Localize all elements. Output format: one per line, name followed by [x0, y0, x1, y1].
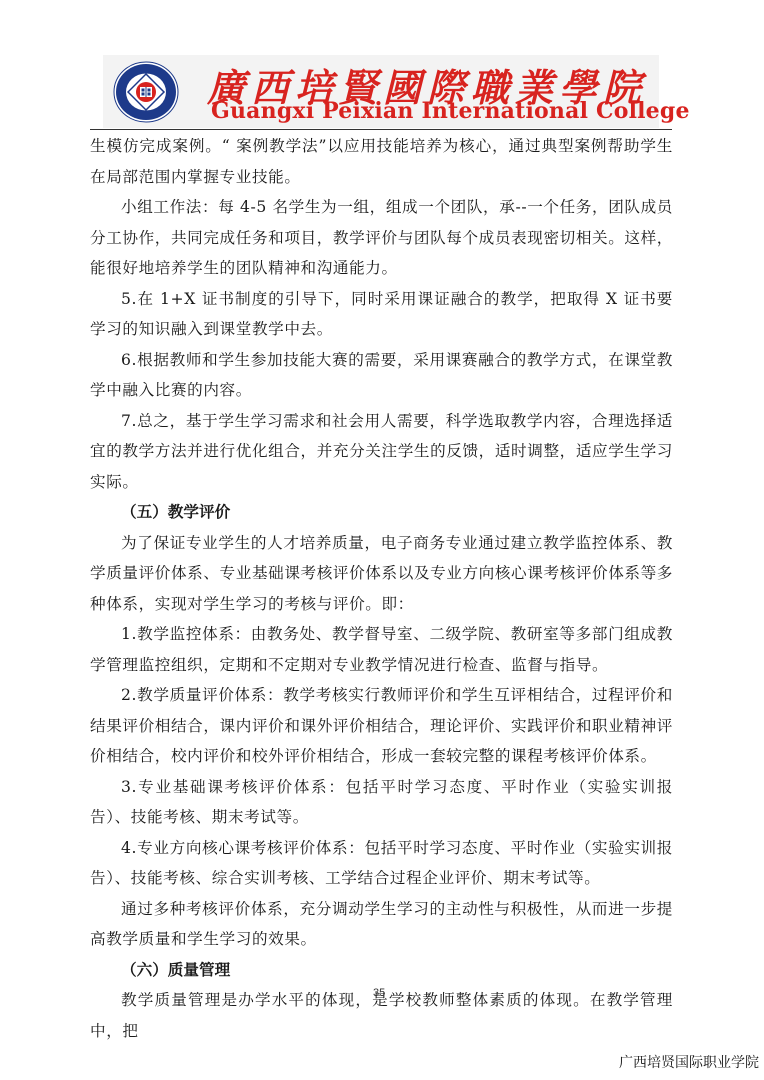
header-divider	[90, 129, 672, 130]
paragraph: 通过多种考核评价体系，充分调动学生学习的主动性与积极性，从而进一步提高教学质量和…	[90, 894, 673, 955]
paragraph: 4.专业方向核心课考核评价体系：包括平时学习态度、平时作业（实验实训报告）、技能…	[90, 833, 673, 894]
paragraph: 5.在 1+X 证书制度的引导下，同时采用课证融合的教学，把取得 X 证书要学习…	[90, 284, 673, 345]
paragraph: 为了保证专业学生的人才培养质量，电子商务专业通过建立教学监控体系、教学质量评价体…	[90, 528, 673, 620]
paragraph: 小组工作法：每 4-5 名学生为一组，组成一个团队，承--一个任务，团队成员分工…	[90, 192, 673, 284]
college-logo-icon	[113, 61, 179, 123]
document-body: 生模仿完成案例。“ 案例教学法”以应用技能培养为核心，通过典型案例帮助学生在局部…	[90, 131, 673, 1046]
college-name-en: Guangxi Peixian International College	[211, 98, 690, 124]
paragraph: 7.总之，基于学生学习需求和社会用人需要，科学选取教学内容，合理选择适宜的教学方…	[90, 406, 673, 498]
header-banner: 廣西培賢國際職業學院 Guangxi Peixian International…	[103, 55, 659, 128]
paragraph: 6.根据教师和学生参加技能大赛的需要，采用课赛融合的教学方式，在课堂教学中融入比…	[90, 345, 673, 406]
footer-institution: 广西培贤国际职业学院	[619, 1052, 759, 1072]
page-number: 35	[373, 987, 385, 999]
paragraph: 3.专业基础课考核评价体系：包括平时学习态度、平时作业（实验实训报告）、技能考核…	[90, 772, 673, 833]
paragraph: 生模仿完成案例。“ 案例教学法”以应用技能培养为核心，通过典型案例帮助学生在局部…	[90, 131, 673, 192]
section-heading: （五）教学评价	[90, 497, 673, 528]
paragraph: 2.教学质量评价体系：教学考核实行教师评价和学生互评相结合，过程评价和结果评价相…	[90, 680, 673, 772]
section-heading: （六）质量管理	[90, 955, 673, 986]
paragraph: 1.教学监控体系：由教务处、教学督导室、二级学院、教研室等多部门组成教学管理监控…	[90, 619, 673, 680]
